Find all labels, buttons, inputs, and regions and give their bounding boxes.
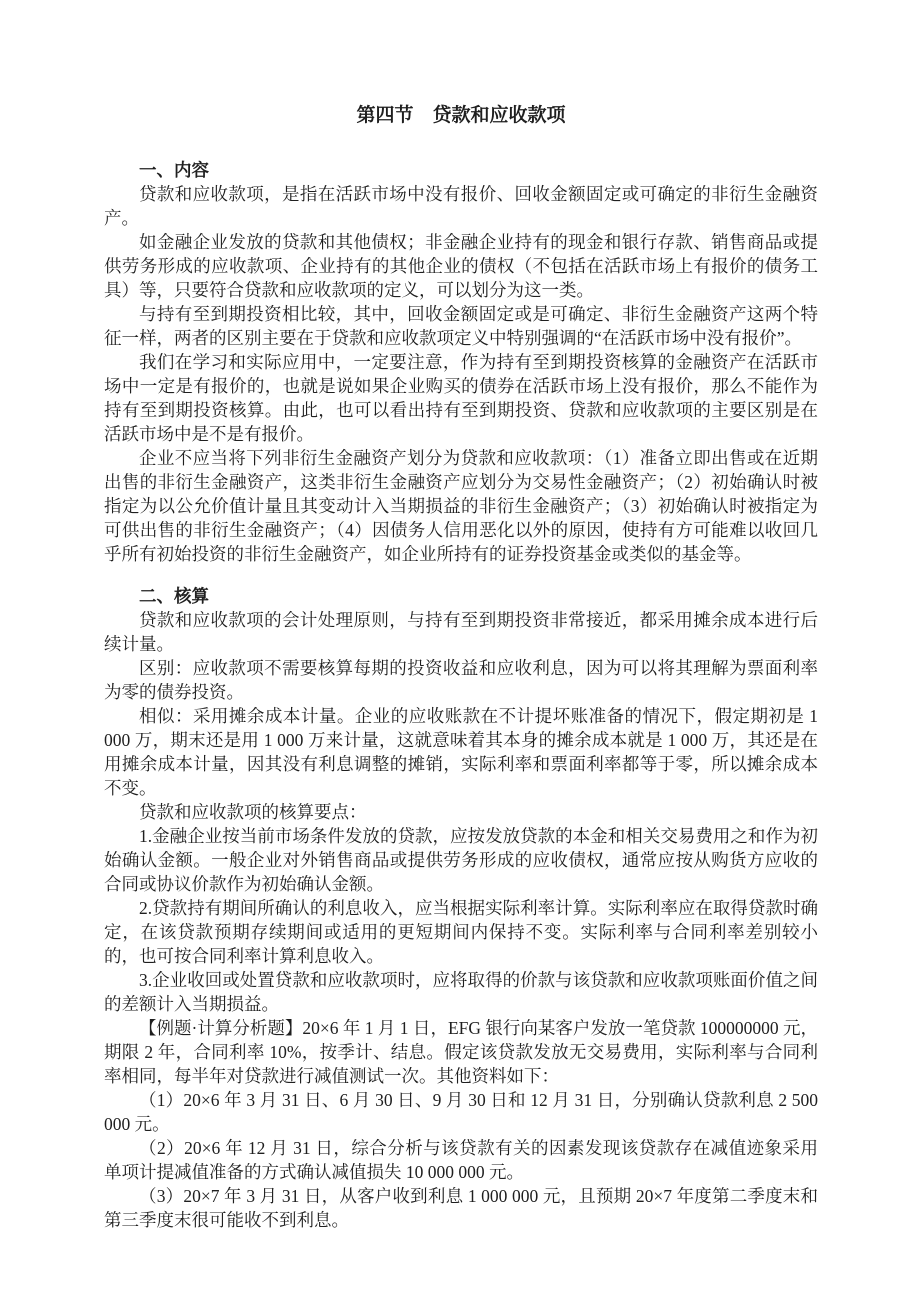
paragraph: 与持有至到期投资相比较，其中，回收金额固定或是可确定、非衍生金融资产这两个特征一… [104, 302, 818, 350]
paragraph: 企业不应当将下列非衍生金融资产划分为贷款和应收款项：（1）准备立即出售或在近期出… [104, 446, 818, 566]
paragraph: 2.贷款持有期间所确认的利息收入，应当根据实际利率计算。实际利率应在取得贷款时确… [104, 896, 818, 968]
paragraph: 贷款和应收款项，是指在活跃市场中没有报价、回收金额固定或可确定的非衍生金融资产。 [104, 182, 818, 230]
paragraph: 相似：采用摊余成本计量。企业的应收账款在不计提坏账准备的情况下，假定期初是 1 … [104, 704, 818, 800]
paragraph: 1.金融企业按当前市场条件发放的贷款，应按发放贷款的本金和相关交易费用之和作为初… [104, 824, 818, 896]
section-accounting: 二、核算 贷款和应收款项的会计处理原则，与持有至到期投资非常接近，都采用摊余成本… [104, 584, 818, 1232]
paragraph: 区别：应收款项不需要核算每期的投资收益和应收利息，因为可以将其理解为票面利率为零… [104, 656, 818, 704]
page-title: 第四节 贷款和应收款项 [104, 104, 818, 128]
paragraph: （2）20×6 年 12 月 31 日，综合分析与该贷款有关的因素发现该贷款存在… [104, 1136, 818, 1184]
section-content: 一、内容 贷款和应收款项，是指在活跃市场中没有报价、回收金额固定或可确定的非衍生… [104, 158, 818, 566]
paragraph: 贷款和应收款项的核算要点： [104, 800, 818, 824]
document-page: 第四节 贷款和应收款项 一、内容 贷款和应收款项，是指在活跃市场中没有报价、回收… [0, 0, 920, 1302]
paragraph: （1）20×6 年 3 月 31 日、6 月 30 日、9 月 30 日和 12… [104, 1088, 818, 1136]
paragraph: 如金融企业发放的贷款和其他债权；非金融企业持有的现金和银行存款、销售商品或提供劳… [104, 230, 818, 302]
paragraph: 3.企业收回或处置贷款和应收款项时，应将取得的价款与该贷款和应收款项账面价值之间… [104, 968, 818, 1016]
paragraph: （3）20×7 年 3 月 31 日，从客户收到利息 1 000 000 元，且… [104, 1184, 818, 1232]
section-content-heading: 一、内容 [104, 158, 818, 182]
section-accounting-heading: 二、核算 [104, 584, 818, 608]
paragraph: 我们在学习和实际应用中，一定要注意，作为持有至到期投资核算的金融资产在活跃市场中… [104, 350, 818, 446]
paragraph: 贷款和应收款项的会计处理原则，与持有至到期投资非常接近，都采用摊余成本进行后续计… [104, 608, 818, 656]
paragraph: 【例题·计算分析题】20×6 年 1 月 1 日，EFG 银行向某客户发放一笔贷… [104, 1016, 818, 1088]
